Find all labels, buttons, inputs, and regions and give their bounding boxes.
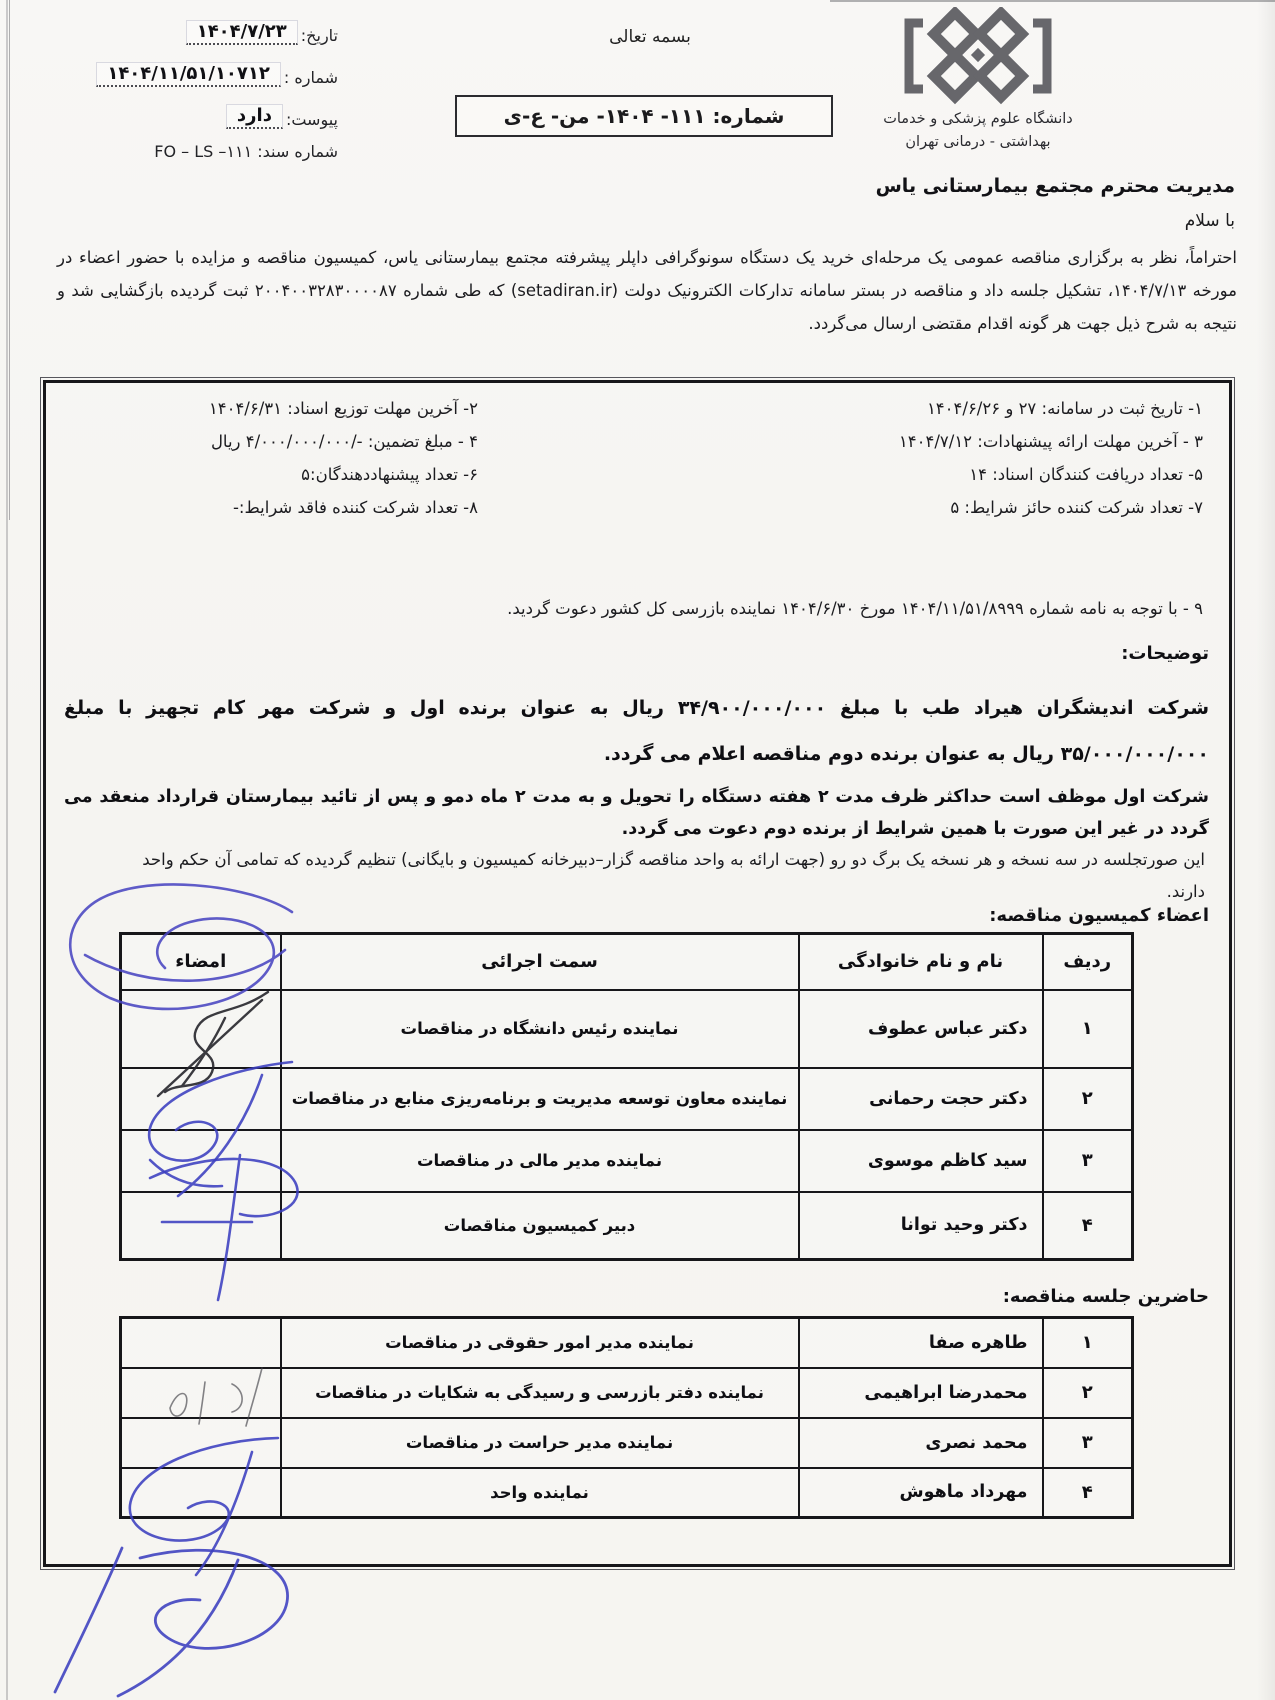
attendee-role: نماینده واحد xyxy=(281,1468,799,1518)
date-label: تاریخ: xyxy=(301,26,338,45)
member-name: دکتر عباس عطوف xyxy=(799,990,1043,1068)
commission-header-row: ردیف نام و نام خانوادگی سمت اجرائی امضاء xyxy=(121,934,1133,990)
row-number: ۳ xyxy=(1043,1130,1133,1192)
meta-number-row: شماره : ۱۴۰۴/۱۱/۵۱/۱۰۷۱۲ xyxy=(4,54,338,87)
doc-number-value: FO – LS –۱۱۱ xyxy=(154,142,252,161)
detail-item-9: ۹ - با توجه به نامه شماره ۱۴۰۴/۱۱/۵۱/۸۹۹… xyxy=(507,599,1203,618)
col-header-row-number: ردیف xyxy=(1043,934,1133,990)
date-value: ۱۴۰۴/۷/۲۳ xyxy=(186,20,298,45)
member-role: نماینده معاون توسعه مدیریت و برنامه‌ریزی… xyxy=(281,1068,799,1130)
letter-body-paragraph: احتراماً، نظر به برگزاری مناقصه عمومی یک… xyxy=(57,241,1237,340)
commission-table-wrap: ردیف نام و نام خانوادگی سمت اجرائی امضاء… xyxy=(119,932,1134,1261)
row-number: ۲ xyxy=(1043,1068,1133,1130)
notes-title: توضیحات: xyxy=(1121,643,1209,664)
member-role: نماینده رئیس دانشگاه در مناقصات xyxy=(281,990,799,1068)
attachment-value: دارد xyxy=(226,104,283,129)
minutes-outer-box: ۱- تاریخ ثبت در سامانه: ۲۷ و ۱۴۰۴/۶/۲۶ ۲… xyxy=(40,377,1235,1570)
table-row: ۲ دکتر حجت رحمانی نماینده معاون توسعه مد… xyxy=(121,1068,1133,1130)
organization-name: دانشگاه علوم پزشکی و خدمات بهداشتی - درم… xyxy=(853,108,1103,154)
row-number: ۳ xyxy=(1043,1418,1133,1468)
detail-item-4: ۴ - مبلغ تضمین: -/۴/۰۰۰/۰۰۰/۰۰۰ ریال xyxy=(73,432,478,451)
meta-doc-number-row: شماره سند: FO – LS –۱۱۱ xyxy=(4,138,338,161)
detail-item-1: ۱- تاریخ ثبت در سامانه: ۲۷ و ۱۴۰۴/۶/۲۶ xyxy=(478,399,1203,418)
table-row: ۳ محمد نصری نماینده مدیر حراست در مناقصا… xyxy=(121,1418,1133,1468)
table-row: ۴ دکتر وحید توانا دبیر کمیسیون مناقصات xyxy=(121,1192,1133,1260)
letter-recipient: مدیریت محترم مجتمع بیمارستانی یاس xyxy=(40,175,1235,197)
organization-name-line1: دانشگاه علوم پزشکی و خدمات xyxy=(853,108,1103,131)
note-copies: این صورتجلسه در سه نسخه و هر نسخه یک برگ… xyxy=(106,844,1205,908)
scan-edge-left xyxy=(6,0,8,1700)
letter-salutation: با سلام xyxy=(40,211,1235,231)
note-obligation: شرکت اول موظف است حداکثر ظرف مدت ۲ هفته … xyxy=(64,781,1209,845)
detail-item-6: ۶- تعداد پیشنهاددهندگان:۵ xyxy=(73,465,478,484)
signature-cell xyxy=(121,1468,281,1518)
meta-attachment-row: پیوست: دارد xyxy=(4,96,338,129)
table-row: ۴ مهرداد ماهوش نماینده واحد xyxy=(121,1468,1133,1518)
besmeleh-text: بسمه تعالی xyxy=(545,27,755,47)
attendees-table: ۱ طاهره صفا نماینده مدیر امور حقوقی در م… xyxy=(119,1316,1134,1519)
tums-emblem-icon xyxy=(893,7,1063,105)
table-row: ۳ سید کاظم موسوی نماینده مدیر مالی در من… xyxy=(121,1130,1133,1192)
commission-table: ردیف نام و نام خانوادگی سمت اجرائی امضاء… xyxy=(119,932,1134,1261)
row-number: ۲ xyxy=(1043,1368,1133,1418)
row-number: ۱ xyxy=(1043,990,1133,1068)
minutes-inner-box: ۱- تاریخ ثبت در سامانه: ۲۷ و ۱۴۰۴/۶/۲۶ ۲… xyxy=(43,380,1232,1567)
signature-cell xyxy=(121,1368,281,1418)
attendee-name: محمدرضا ابراهیمی xyxy=(799,1368,1043,1418)
university-logo xyxy=(890,6,1065,106)
member-role: دبیر کمیسیون مناقصات xyxy=(281,1192,799,1260)
attendee-role: نماینده مدیر امور حقوقی در مناقصات xyxy=(281,1318,799,1368)
signature-cell xyxy=(121,1192,281,1260)
attendee-role: نماینده دفتر بازرسی و رسیدگی به شکایات د… xyxy=(281,1368,799,1418)
scan-edge-top xyxy=(830,0,1275,2)
member-name: دکتر حجت رحمانی xyxy=(799,1068,1043,1130)
number-label: شماره : xyxy=(284,68,338,87)
attendee-name: طاهره صفا xyxy=(799,1318,1043,1368)
member-role: نماینده مدیر مالی در مناقصات xyxy=(281,1130,799,1192)
attendee-name: مهرداد ماهوش xyxy=(799,1468,1043,1518)
doc-number-label: شماره سند: xyxy=(257,142,338,161)
attendee-name: محمد نصری xyxy=(799,1418,1043,1468)
col-header-signature: امضاء xyxy=(121,934,281,990)
signature-cell xyxy=(121,990,281,1068)
signature-cell xyxy=(121,1068,281,1130)
meta-date-row: تاریخ: ۱۴۰۴/۷/۲۳ xyxy=(4,12,338,45)
scanned-letter-page: تاریخ: ۱۴۰۴/۷/۲۳ شماره : ۱۴۰۴/۱۱/۵۱/۱۰۷۱… xyxy=(0,0,1275,1700)
tender-details-list: ۱- تاریخ ثبت در سامانه: ۲۷ و ۱۴۰۴/۶/۲۶ ۲… xyxy=(73,399,1203,517)
col-header-executive-position: سمت اجرائی xyxy=(281,934,799,990)
attendee-role: نماینده مدیر حراست در مناقصات xyxy=(281,1418,799,1468)
organization-name-line2: بهداشتی - درمانی تهران xyxy=(853,131,1103,154)
reference-number-box: شماره: ۱۱۱- ۱۴۰۴- من- ع-ی xyxy=(455,95,833,137)
row-number: ۱ xyxy=(1043,1318,1133,1368)
detail-item-5: ۵- تعداد دریافت کنندگان اسناد: ۱۴ xyxy=(478,465,1203,484)
letterhead-meta-block: تاریخ: ۱۴۰۴/۷/۲۳ شماره : ۱۴۰۴/۱۱/۵۱/۱۰۷۱… xyxy=(4,12,338,161)
detail-item-2: ۲- آخرین مهلت توزیع اسناد: ۱۴۰۴/۶/۳۱ xyxy=(73,399,478,418)
attendees-title: حاضرین جلسه مناقصه: xyxy=(1003,1286,1209,1307)
member-name: سید کاظم موسوی xyxy=(799,1130,1043,1192)
commission-members-title: اعضاء کمیسیون مناقصه: xyxy=(989,905,1209,926)
detail-item-7: ۷- تعداد شرکت کننده حائز شرایط: ۵ xyxy=(478,498,1203,517)
table-row: ۲ محمدرضا ابراهیمی نماینده دفتر بازرسی و… xyxy=(121,1368,1133,1418)
table-row: ۱ دکتر عباس عطوف نماینده رئیس دانشگاه در… xyxy=(121,990,1133,1068)
col-header-full-name: نام و نام خانوادگی xyxy=(799,934,1043,990)
row-number: ۴ xyxy=(1043,1468,1133,1518)
note-winner: شرکت اندیشگران هیراد طب با مبلغ ۳۴/۹۰۰/۰… xyxy=(64,685,1209,777)
attendees-table-wrap: ۱ طاهره صفا نماینده مدیر امور حقوقی در م… xyxy=(119,1316,1134,1519)
signature-cell xyxy=(121,1130,281,1192)
scan-shade-right xyxy=(1257,0,1275,1700)
number-value: ۱۴۰۴/۱۱/۵۱/۱۰۷۱۲ xyxy=(96,62,281,87)
signature-attendees-row4 xyxy=(55,1548,288,1696)
signature-cell xyxy=(121,1418,281,1468)
member-name: دکتر وحید توانا xyxy=(799,1192,1043,1260)
table-row: ۱ طاهره صفا نماینده مدیر امور حقوقی در م… xyxy=(121,1318,1133,1368)
attachment-label: پیوست: xyxy=(286,110,338,129)
detail-item-8: ۸- تعداد شرکت کننده فاقد شرایط:- xyxy=(73,498,478,517)
detail-item-3: ۳ - آخرین مهلت ارائه پیشنهادات: ۱۴۰۴/۷/۱… xyxy=(478,432,1203,451)
signature-cell xyxy=(121,1318,281,1368)
row-number: ۴ xyxy=(1043,1192,1133,1260)
